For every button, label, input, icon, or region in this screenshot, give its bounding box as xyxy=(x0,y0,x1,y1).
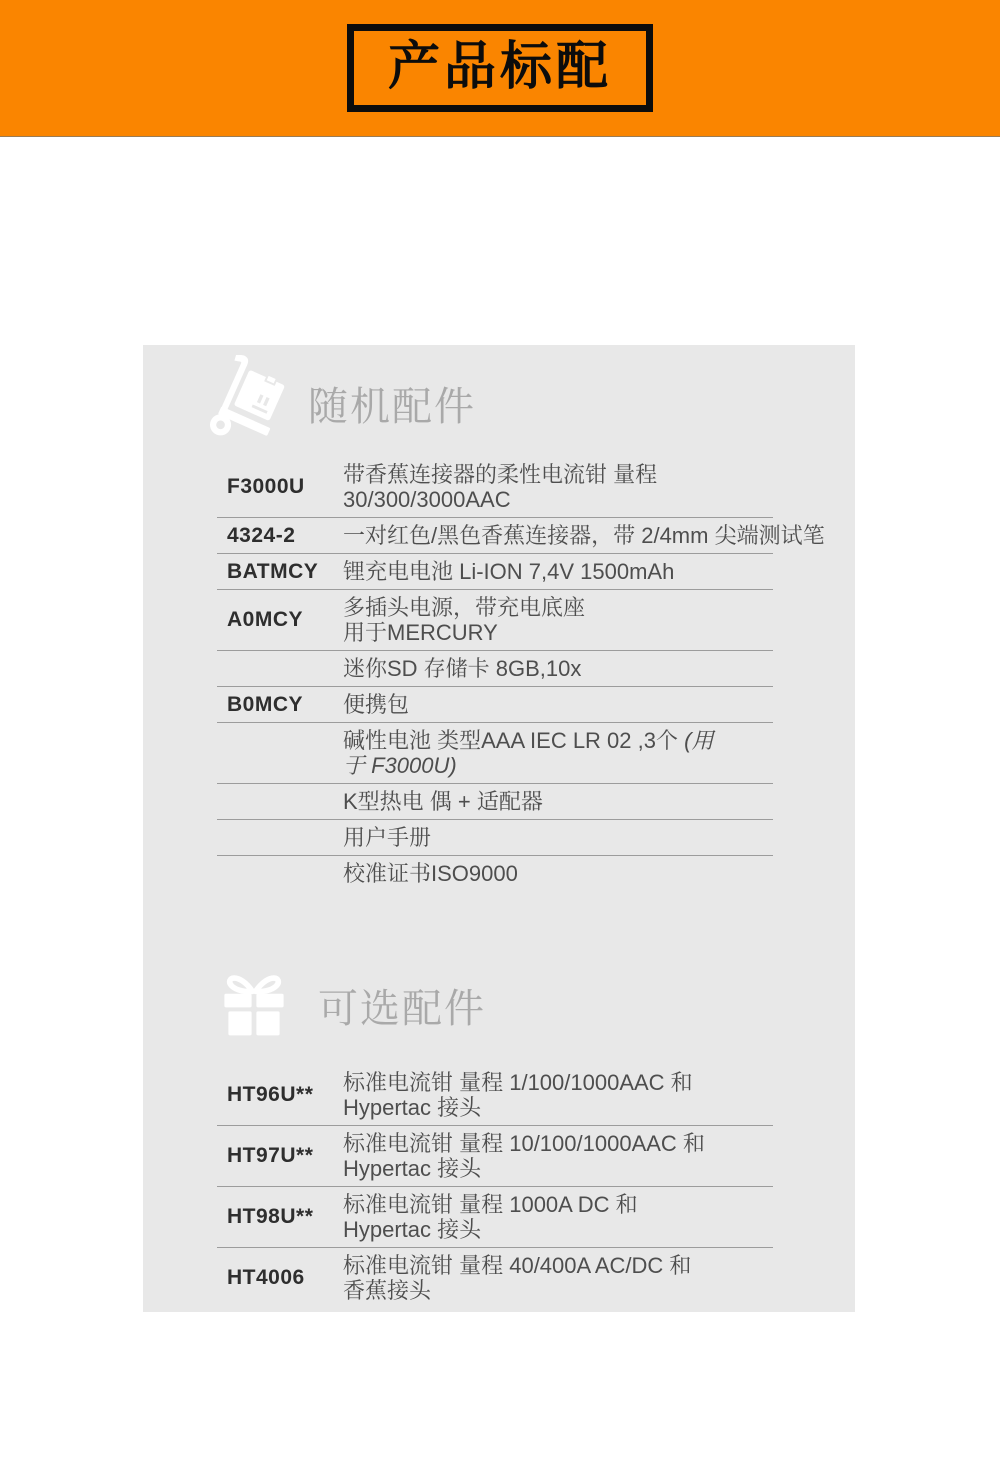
description-cell: 用户手册 xyxy=(343,825,773,850)
table-row: 用户手册 xyxy=(217,820,773,856)
table-row: HT96U** 标准电流钳 量程 1/100/1000AAC 和 Hyperta… xyxy=(217,1065,773,1126)
part-code-cell: HT96U** xyxy=(217,1083,343,1107)
description-cell: 带香蕉连接器的柔性电流钳 量程 30/300/3000AAC xyxy=(343,462,773,512)
description-cell: 标准电流钳 量程 1000A DC 和 Hypertac 接头 xyxy=(343,1192,773,1242)
part-code-cell: F3000U xyxy=(217,475,343,499)
section-title-included: 随机配件 xyxy=(308,375,476,432)
description-cell: 标准电流钳 量程 10/100/1000AAC 和 Hypertac 接头 xyxy=(343,1131,773,1181)
part-code-cell: HT97U** xyxy=(217,1144,343,1168)
part-code-cell: HT4006 xyxy=(217,1266,343,1290)
table-row: BATMCY 锂充电电池 Li-ION 7,4V 1500mAh xyxy=(217,554,773,590)
table-row: A0MCY 多插头电源，带充电底座 用于MERCURY xyxy=(217,590,773,651)
table-row: B0MCY 便携包 xyxy=(217,687,773,723)
table-row: HT97U** 标准电流钳 量程 10/100/1000AAC 和 Hypert… xyxy=(217,1126,773,1187)
included-table: F3000U 带香蕉连接器的柔性电流钳 量程 30/300/3000AAC 43… xyxy=(217,457,773,891)
part-code-cell: 4324-2 xyxy=(217,524,343,548)
description-cell: 锂充电电池 Li-ION 7,4V 1500mAh xyxy=(343,559,773,584)
table-row: F3000U 带香蕉连接器的柔性电流钳 量程 30/300/3000AAC xyxy=(217,457,773,518)
gift-icon xyxy=(218,965,290,1045)
part-code-cell: HT98U** xyxy=(217,1205,343,1229)
part-code-cell: B0MCY xyxy=(217,693,343,717)
banner-title-box: 产品标配 xyxy=(347,24,653,111)
content-card: 随机配件 F3000U 带香蕉连接器的柔性电流钳 量程 30/300/3000A… xyxy=(143,345,855,1312)
table-row: 4324-2 一对红色/黑色香蕉连接器，带 2/4mm 尖端测试笔 xyxy=(217,518,773,554)
description-cell: 碱性电池 类型AAA IEC LR 02 ,3个 (用 于 F3000U) xyxy=(343,728,773,778)
page: 产品标配 随机配件 xyxy=(0,0,1000,1472)
description-cell: 一对红色/黑色香蕉连接器，带 2/4mm 尖端测试笔 xyxy=(343,523,825,548)
included-section-header: 随机配件 xyxy=(198,355,476,451)
part-code-cell: A0MCY xyxy=(217,608,343,632)
table-row: K型热电 偶 + 适配器 xyxy=(217,784,773,820)
hand-truck-icon xyxy=(198,355,294,451)
description-cell: 便携包 xyxy=(343,692,773,717)
description-cell: 标准电流钳 量程 1/100/1000AAC 和 Hypertac 接头 xyxy=(343,1070,773,1120)
table-row: 校准证书ISO9000 xyxy=(217,856,773,891)
table-row: 碱性电池 类型AAA IEC LR 02 ,3个 (用 于 F3000U) xyxy=(217,723,773,784)
banner-title: 产品标配 xyxy=(388,39,612,96)
optional-table: HT96U** 标准电流钳 量程 1/100/1000AAC 和 Hyperta… xyxy=(217,1065,773,1308)
description-cell: 迷你SD 存储卡 8GB,10x xyxy=(343,656,773,681)
banner: 产品标配 xyxy=(0,0,1000,137)
description-cell: 校准证书ISO9000 xyxy=(343,861,773,886)
description-cell: K型热电 偶 + 适配器 xyxy=(343,789,773,814)
section-title-optional: 可选配件 xyxy=(318,977,486,1034)
description-cell: 标准电流钳 量程 40/400A AC/DC 和 香蕉接头 xyxy=(343,1253,773,1303)
table-row: HT98U** 标准电流钳 量程 1000A DC 和 Hypertac 接头 xyxy=(217,1187,773,1248)
optional-section-header: 可选配件 xyxy=(218,965,486,1045)
table-row: 迷你SD 存储卡 8GB,10x xyxy=(217,651,773,687)
table-row: HT4006 标准电流钳 量程 40/400A AC/DC 和 香蕉接头 xyxy=(217,1248,773,1308)
part-code-cell: BATMCY xyxy=(217,560,343,584)
description-cell: 多插头电源，带充电底座 用于MERCURY xyxy=(343,595,773,645)
